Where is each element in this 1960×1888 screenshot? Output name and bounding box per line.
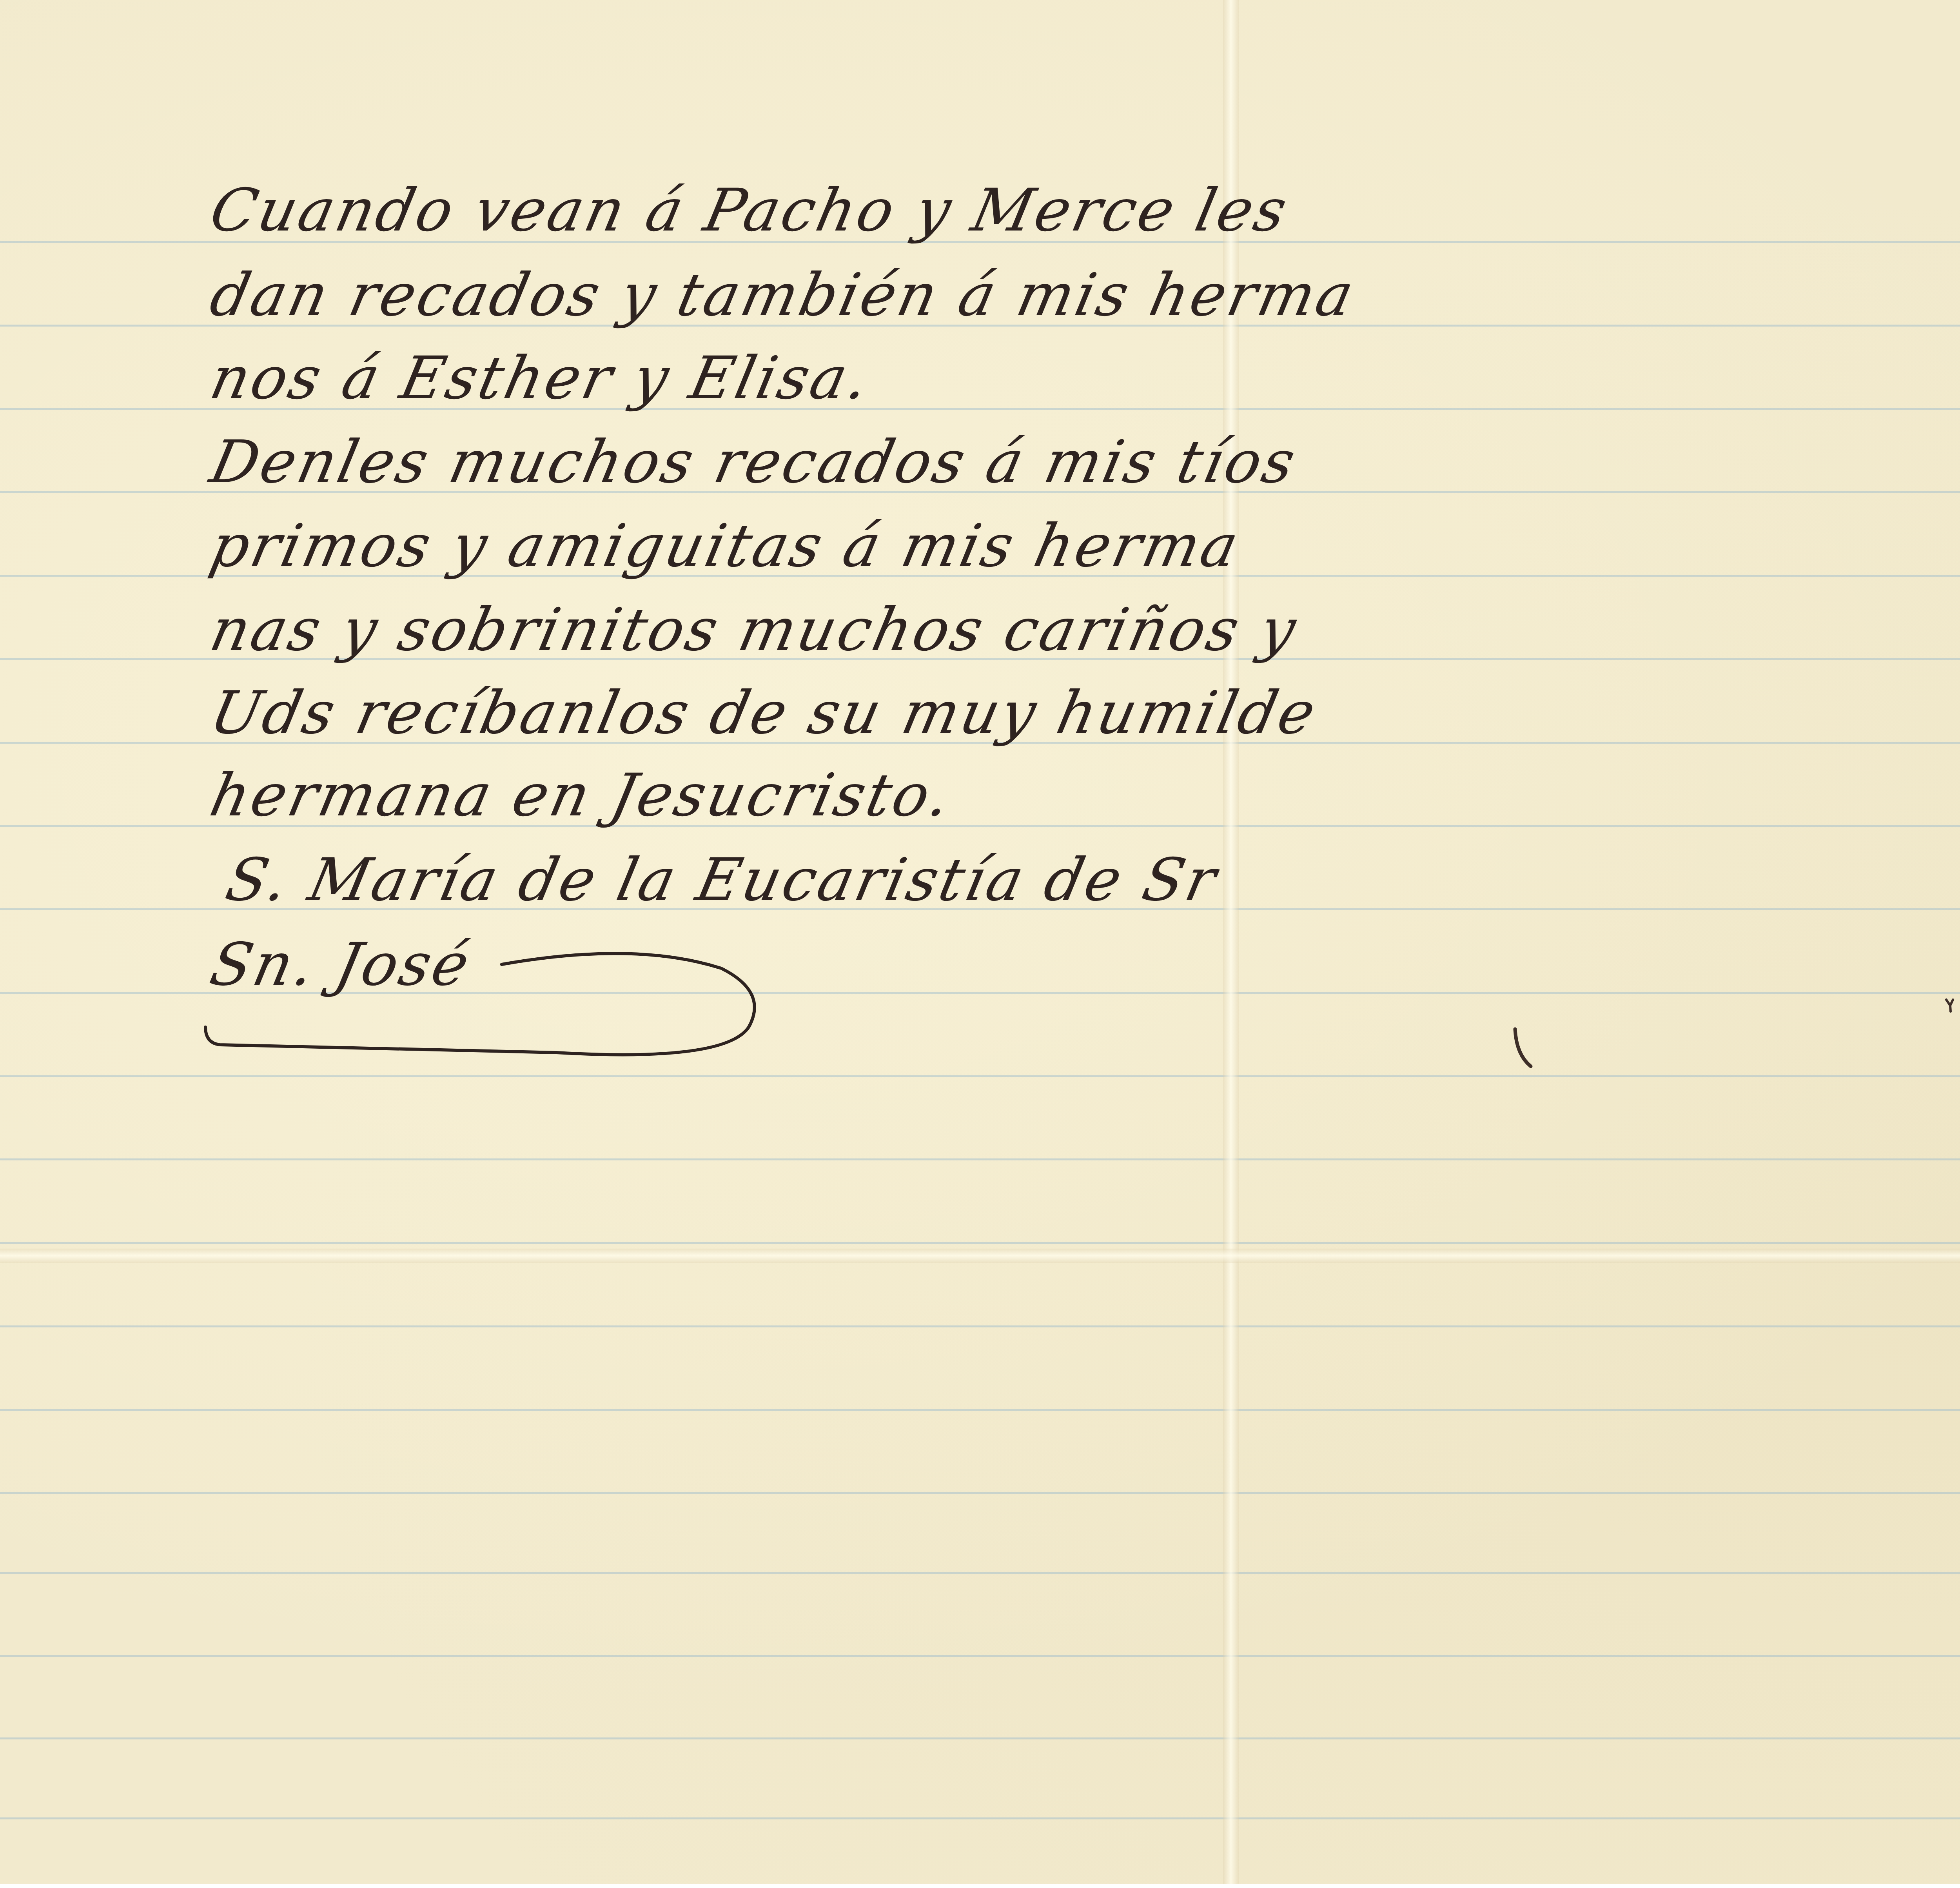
letter-line: hermana en Jesucristo. <box>205 761 958 830</box>
letter-line: Cuando vean á Pacho y Merce les <box>205 176 1295 245</box>
ink-mark-icon <box>1513 1027 1537 1070</box>
ruled-line <box>0 1572 1960 1574</box>
letter-line: primos y amiguitas á mis herma <box>205 512 1247 580</box>
ruled-line <box>0 1655 1960 1657</box>
letter-line: Uds recíbanlos de su muy humilde <box>205 679 1324 747</box>
letter-line: dan recados y también á mis herma <box>205 261 1362 329</box>
ruled-line <box>0 1737 1960 1739</box>
ruled-line <box>0 1242 1960 1244</box>
signature-flourish-icon <box>204 949 949 1090</box>
signature-line: S. María de la Eucaristía de Sr <box>220 846 1225 914</box>
ruled-line <box>0 1158 1960 1160</box>
ruled-line <box>0 1492 1960 1494</box>
letter-line: Denles muchos recados á mis tíos <box>205 428 1303 496</box>
letter-paper: Cuando vean á Pacho y Merce les dan reca… <box>0 0 1960 1884</box>
horizontal-fold-crease <box>0 1249 1960 1263</box>
ruled-line <box>0 1817 1960 1819</box>
letter-line: nas y sobrinitos muchos cariños y <box>205 596 1304 664</box>
ink-mark-icon <box>1944 998 1956 1013</box>
letter-line: nos á Esther y Elisa. <box>205 344 877 412</box>
ruled-line <box>0 1409 1960 1411</box>
ruled-line <box>0 1325 1960 1327</box>
